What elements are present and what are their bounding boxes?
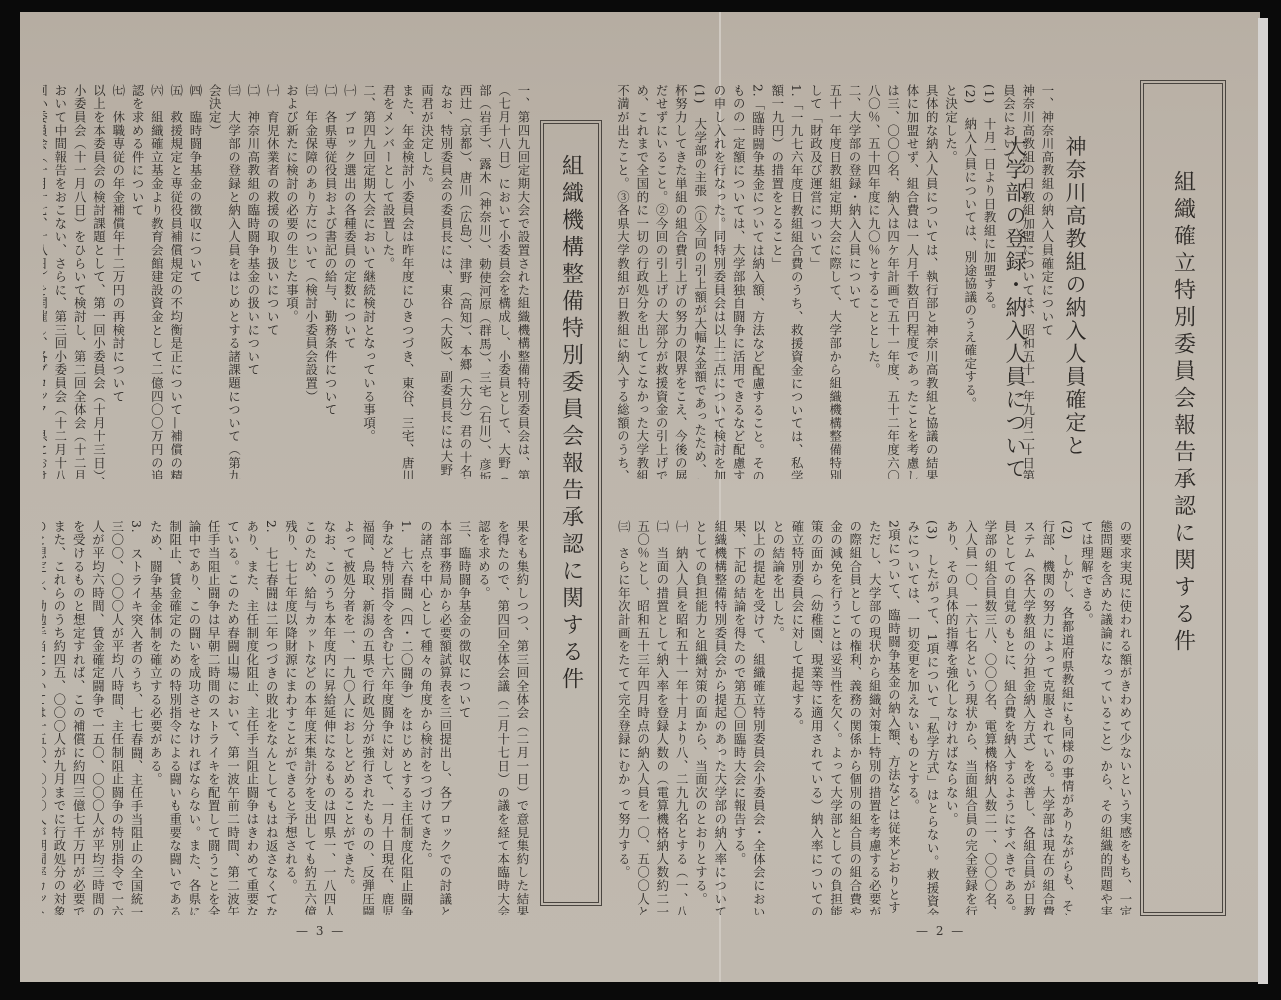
right-page-title: 組織確立特別委員会報告承認に関する件 bbox=[1168, 170, 1199, 912]
page-number-right: — 2 — bbox=[916, 924, 965, 938]
right-bottom-text: の要求実現に使われる額がきわめて少ないという実感をもち、一定の組織形 態問題を含… bbox=[605, 520, 1135, 915]
subtitle-line-1: 神奈川高教組の納入人員確定と bbox=[1063, 135, 1087, 457]
left-bottom-text: 果をも集約しつつ、第三回全体会（二月一日）で意見集約した結果、次の結論 を得たの… bbox=[42, 520, 532, 915]
right-top-text: 一、神奈川高教組の納入人員確定について 神奈川高教組の日教組加盟については、昭和… bbox=[587, 84, 1057, 479]
paper-edge bbox=[1258, 18, 1268, 984]
left-top-text: 一、第四九回定期大会で設置された組織機構整備特別委員会は、第一回全体会議 （七月… bbox=[43, 84, 533, 479]
page-number-left: — 3 — bbox=[296, 924, 345, 938]
left-title-box: 組織機構整備特別委員会報告承認に関する件 bbox=[540, 120, 602, 906]
left-page-title: 組織機構整備特別委員会報告承認に関する件 bbox=[556, 154, 587, 902]
right-title-box: 組織確立特別委員会報告承認に関する件 bbox=[1140, 80, 1226, 916]
